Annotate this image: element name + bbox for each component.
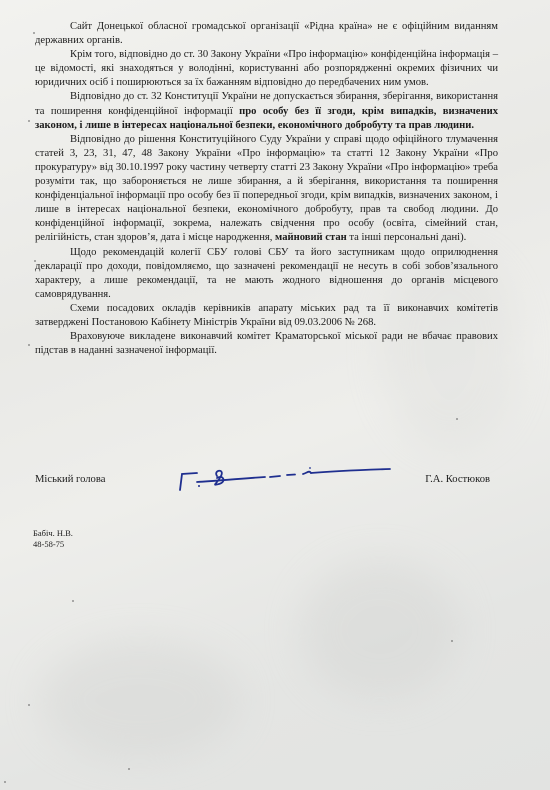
speck bbox=[28, 344, 30, 346]
executor-info: Бабіч. Н.В. 48-58-75 bbox=[33, 528, 73, 550]
paragraph: Враховуюче викладене виконавчий комітет … bbox=[35, 330, 498, 358]
executor-phone: 48-58-75 bbox=[33, 539, 73, 550]
text-run: Сайт Донецької обласної громадської орга… bbox=[35, 21, 498, 46]
speck bbox=[4, 781, 6, 783]
speck bbox=[33, 32, 35, 34]
handwritten-signature-icon bbox=[175, 464, 395, 494]
text-run: Відповідно до рішення Конституційного Су… bbox=[35, 134, 498, 244]
text-run: Крім того, відповідно до ст. 30 Закону У… bbox=[35, 49, 498, 88]
signatory-name: Г.А. Костюков bbox=[425, 474, 490, 485]
emphasized-text: майновий стан bbox=[275, 232, 347, 243]
paper-shadow bbox=[300, 560, 460, 700]
text-run: та інші персональні дані). bbox=[347, 232, 467, 243]
speck bbox=[451, 640, 453, 642]
document-page: Сайт Донецької обласної громадської орга… bbox=[0, 0, 550, 790]
paragraph: Крім того, відповідно до ст. 30 Закону У… bbox=[35, 48, 498, 90]
speck bbox=[72, 600, 74, 602]
text-run: Схеми посадових окладів керівників апара… bbox=[35, 303, 498, 328]
paragraph: Сайт Донецької обласної громадської орга… bbox=[35, 20, 498, 48]
text-run: Щодо рекомендацій колегії СБУ голові СБУ… bbox=[35, 247, 498, 300]
speck bbox=[128, 768, 130, 770]
paragraph: Щодо рекомендацій колегії СБУ голові СБУ… bbox=[35, 246, 498, 302]
signature-block: Міський голова Г.А. Костюков bbox=[35, 468, 498, 492]
speck bbox=[456, 418, 458, 420]
paragraph: Схеми посадових окладів керівників апара… bbox=[35, 302, 498, 330]
speck bbox=[34, 260, 36, 262]
paragraph: Відповідно до рішення Конституційного Су… bbox=[35, 133, 498, 246]
executor-name: Бабіч. Н.В. bbox=[33, 528, 73, 539]
text-run: Враховуюче викладене виконавчий комітет … bbox=[35, 331, 498, 356]
speck bbox=[28, 704, 30, 706]
speck bbox=[28, 120, 30, 122]
paper-shadow bbox=[40, 640, 240, 760]
paragraph: Відповідно до ст. 32 Конституції України… bbox=[35, 90, 498, 132]
signatory-title: Міський голова bbox=[35, 474, 105, 485]
letter-body: Сайт Донецької обласної громадської орга… bbox=[35, 20, 498, 358]
